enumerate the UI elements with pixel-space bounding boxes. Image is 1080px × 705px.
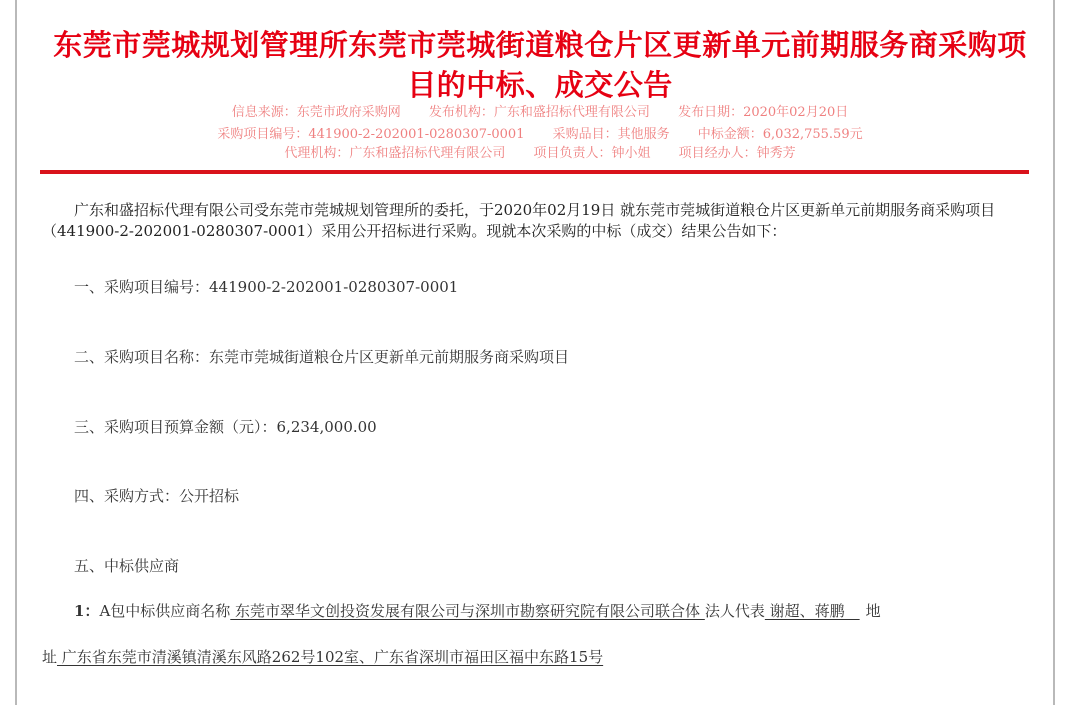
meta-row-3: 代理机构：广东和盛招标代理有限公司 项目负责人：钟小姐 项目经办人：钟秀芳 (25, 145, 1055, 163)
info-source: 信息来源：东莞市政府采购网 (232, 105, 401, 120)
section-winning-supplier: 五、中标供应商 (74, 555, 179, 577)
section-label: 二、采购项目名称： (74, 348, 209, 366)
address-label-part1: 地 (866, 602, 881, 620)
supplier-index: 1： (74, 602, 99, 620)
section-project-number: 一、采购项目编号：441900-2-202001-0280307-0001 (74, 276, 458, 298)
winning-amount: 中标金额：6,032,755.59元 (698, 127, 863, 142)
intro-paragraph: 广东和盛招标代理有限公司受东莞市莞城规划管理所的委托，于2020年02月19日 … (42, 200, 1032, 242)
supplier-name: 东莞市翠华文创投资发展有限公司与深圳市勘察研究院有限公司联合体 (230, 602, 705, 620)
section-value: 公开招标 (179, 487, 239, 505)
publisher: 发布机构：广东和盛招标代理有限公司 (429, 105, 650, 120)
supplier-address: 广东省东莞市清溪镇清溪东风路262号102室、广东省深圳市福田区福中东路15号 (57, 648, 603, 666)
section-label: 一、采购项目编号： (74, 278, 209, 296)
section-label: 四、采购方式： (74, 487, 179, 505)
project-lead: 项目负责人：钟小姐 (533, 146, 650, 161)
title-line-2: 目的中标、成交公告 (25, 65, 1055, 105)
section-project-name: 二、采购项目名称：东莞市莞城街道粮仓片区更新单元前期服务商采购项目 (74, 346, 569, 368)
legal-representative: 谢超、蒋鹏 (765, 602, 860, 620)
agency: 代理机构：广东和盛招标代理有限公司 (284, 146, 505, 161)
address-line: 址 广东省东莞市清溪镇清溪东风路262号102室、广东省深圳市福田区福中东路15… (42, 646, 603, 668)
section-value: 6,234,000.00 (277, 418, 377, 436)
procurement-category: 采购品目：其他服务 (553, 127, 670, 142)
supplier-line: 1：A包中标供应商名称 东莞市翠华文创投资发展有限公司与深圳市勘察研究院有限公司… (74, 600, 881, 622)
title-line-1: 东莞市莞城规划管理所东莞市莞城街道粮仓片区更新单元前期服务商采购项 (25, 25, 1055, 65)
package-label: A包中标供应商名称 (99, 602, 230, 620)
meta-row-1: 信息来源：东莞市政府采购网 发布机构：广东和盛招标代理有限公司 发布日期：202… (25, 104, 1055, 122)
project-number: 采购项目编号：441900-2-202001-0280307-0001 (217, 127, 524, 142)
meta-row-2: 采购项目编号：441900-2-202001-0280307-0001 采购品目… (25, 126, 1055, 144)
section-label: 五、中标供应商 (74, 557, 179, 575)
announcement-title: 东莞市莞城规划管理所东莞市莞城街道粮仓片区更新单元前期服务商采购项 目的中标、成… (25, 25, 1055, 105)
address-label-part2: 址 (42, 648, 57, 666)
header-divider (40, 170, 1029, 174)
section-value: 东莞市莞城街道粮仓片区更新单元前期服务商采购项目 (209, 348, 569, 366)
section-value: 441900-2-202001-0280307-0001 (209, 278, 458, 296)
project-handler: 项目经办人：钟秀芳 (679, 146, 796, 161)
section-label: 三、采购项目预算金额（元）： (74, 418, 277, 436)
publish-date: 发布日期：2020年02月20日 (678, 105, 848, 120)
section-method: 四、采购方式：公开招标 (74, 485, 239, 507)
rep-label: 法人代表 (705, 602, 765, 620)
section-budget: 三、采购项目预算金额（元）：6,234,000.00 (74, 416, 377, 438)
